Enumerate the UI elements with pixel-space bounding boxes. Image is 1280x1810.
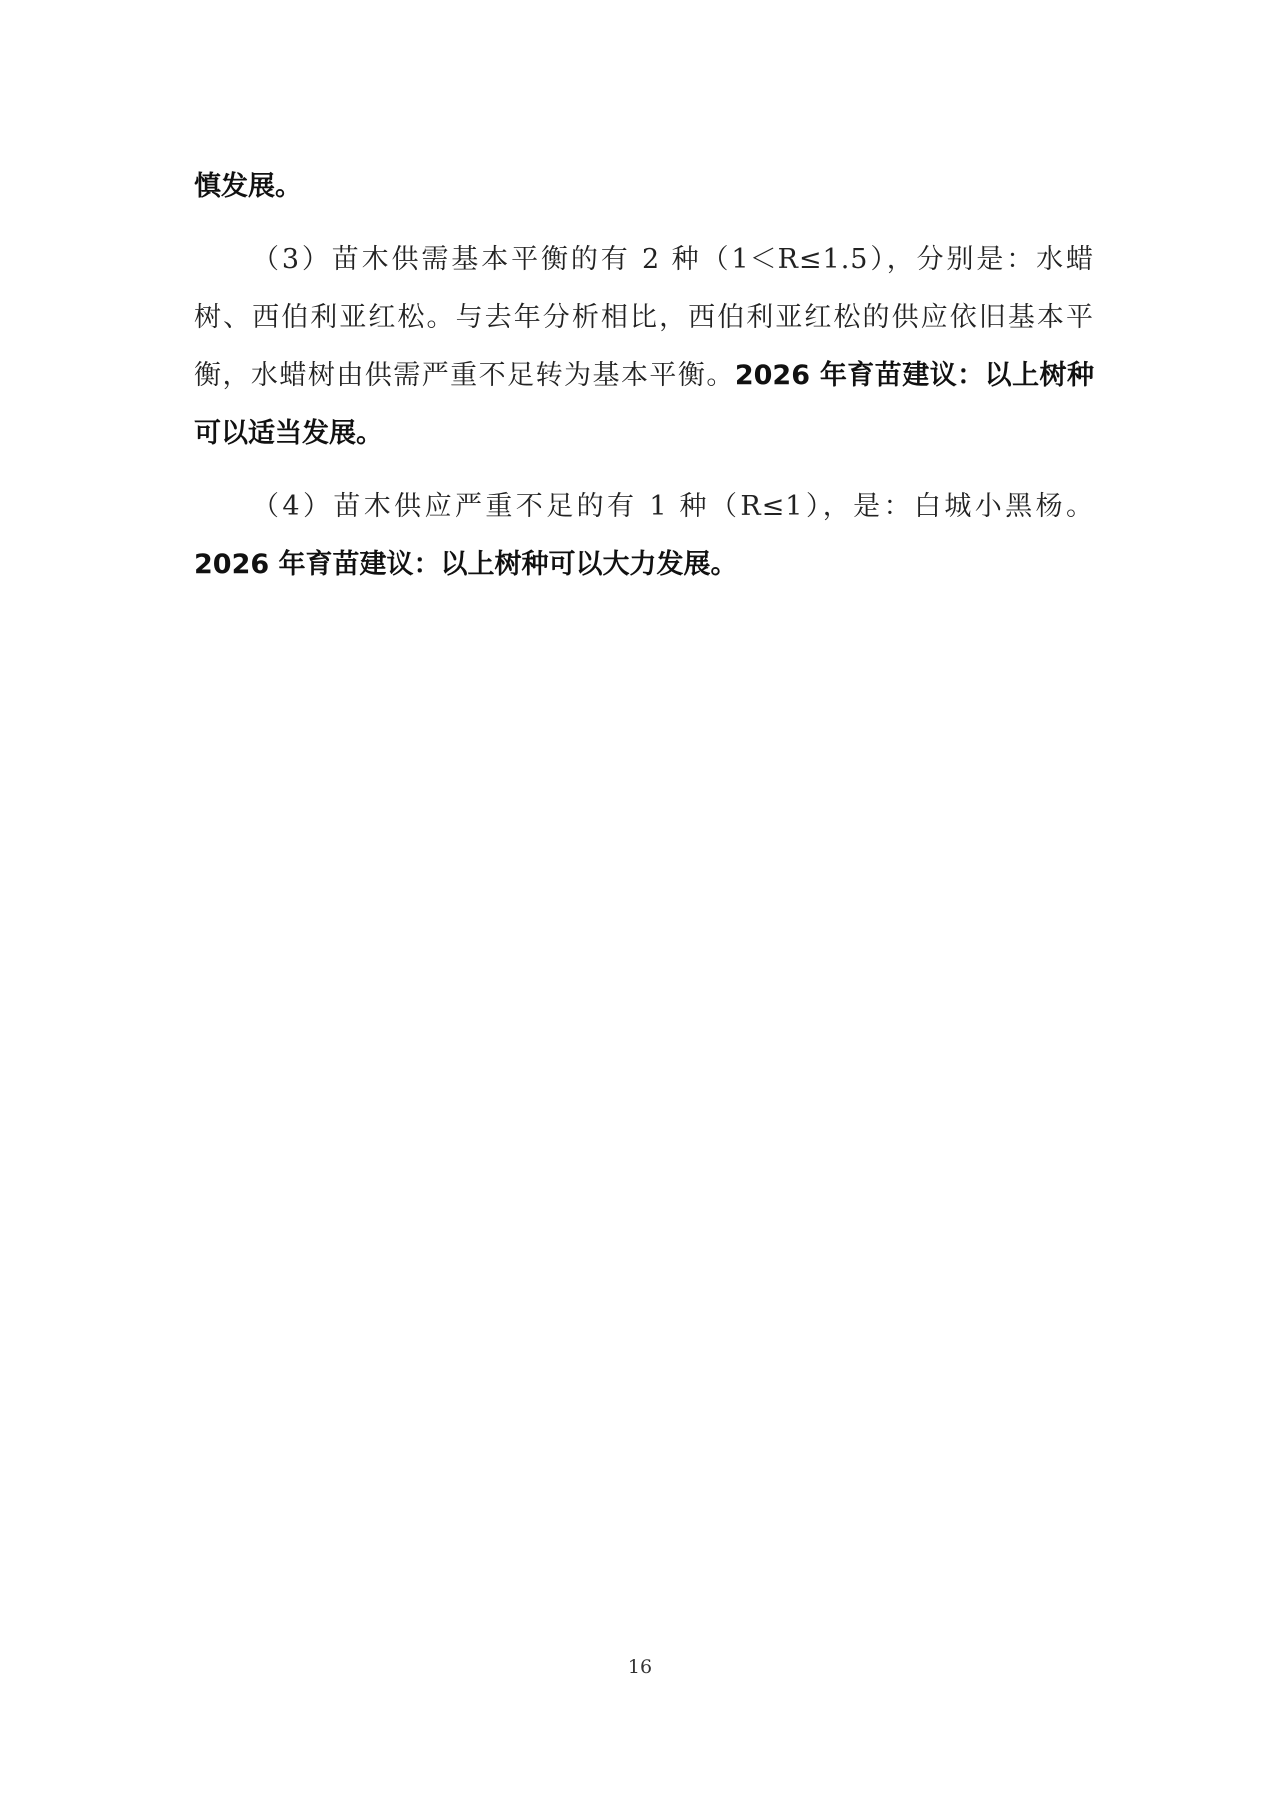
- document-page: 慎发展。 （3）苗木供需基本平衡的有 2 种（1＜R≤1.5），分别是：水蜡树、…: [0, 0, 1280, 1810]
- page-number: 16: [0, 1656, 1280, 1678]
- document-body: 慎发展。 （3）苗木供需基本平衡的有 2 种（1＜R≤1.5），分别是：水蜡树、…: [194, 158, 1094, 609]
- paragraph-text: （4）苗木供应严重不足的有 1 种（R≤1），是：白城小黑杨。: [252, 491, 1094, 522]
- bold-recommendation: 2026 年育苗建议：以上树种可以大力发展。: [194, 549, 738, 580]
- paragraph-balanced-supply: （3）苗木供需基本平衡的有 2 种（1＜R≤1.5），分别是：水蜡树、西伯利亚红…: [194, 231, 1094, 463]
- paragraph-continuation: 慎发展。: [194, 158, 1094, 216]
- bold-recommendation: 慎发展。: [194, 171, 302, 202]
- paragraph-insufficient-supply: （4）苗木供应严重不足的有 1 种（R≤1），是：白城小黑杨。2026 年育苗建…: [194, 478, 1094, 594]
